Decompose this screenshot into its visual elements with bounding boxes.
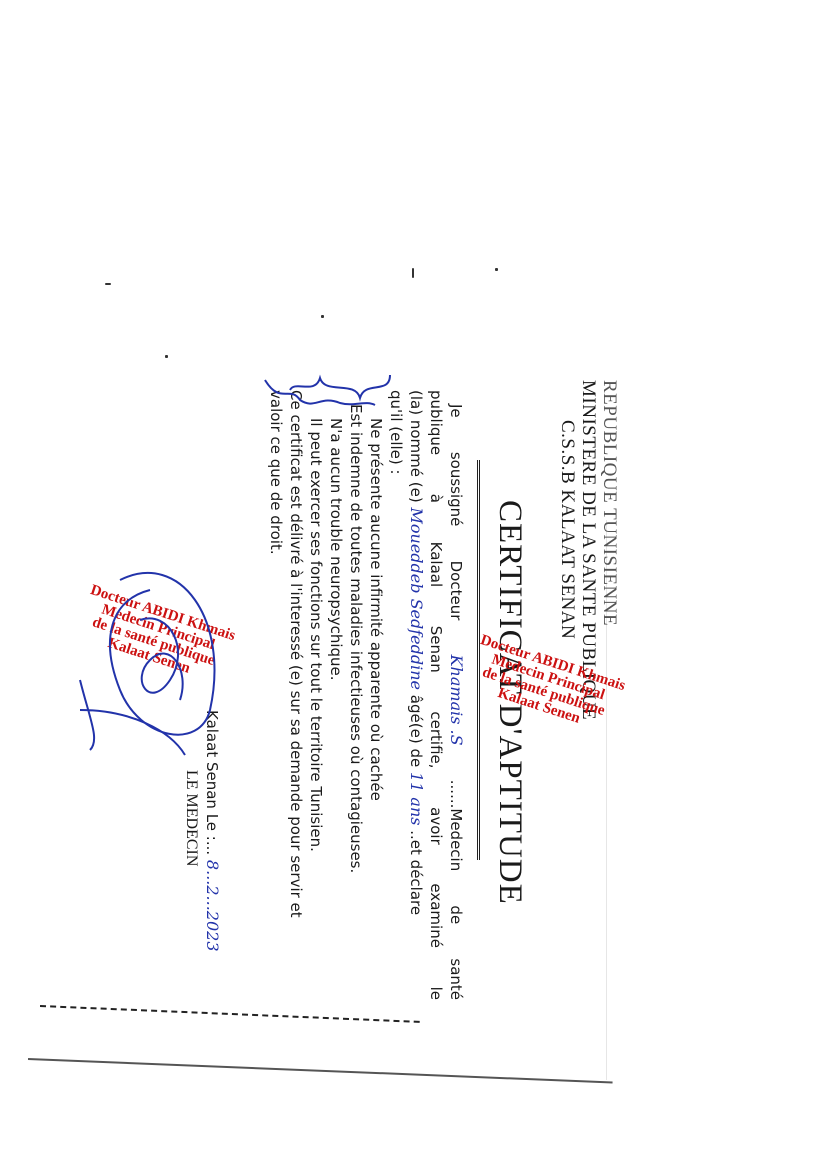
aptitude-item-4: Il peut exercer ses fonctions sur tout l…	[306, 390, 326, 1030]
text: âgé(e) de	[407, 695, 425, 767]
patient-age-handwritten: 11 ans	[407, 772, 426, 826]
aptitude-item-3: N'a aucun trouble neuropsychique.	[326, 390, 346, 1030]
text: ..et déclare	[407, 830, 425, 915]
text: soussigné	[446, 452, 466, 527]
scan-speck	[412, 268, 414, 278]
text: publique	[426, 390, 446, 455]
signature-label: LE MEDECIN	[182, 770, 200, 866]
date-handwritten: 8...2...2023	[203, 860, 222, 952]
body-line-2: publique à Kalaal Senan certifie, avoir …	[426, 390, 446, 1000]
text: nommé	[407, 420, 425, 477]
body-line-1: Je soussigné Docteur Khamais .S ......Me…	[446, 390, 466, 1000]
text: santé	[446, 958, 466, 1000]
patient-name-handwritten: Moueddeb Sedfeddine	[407, 508, 426, 691]
doctor-name-handwritten: Khamais .S	[446, 655, 466, 746]
text: Senan	[426, 626, 446, 673]
body-line-3: (la) nommé (e) Moueddeb Sedfeddine âgé(e…	[406, 390, 426, 1030]
doctor-signature	[60, 560, 280, 760]
text: certifie,	[426, 711, 446, 768]
text: ......Medecin	[446, 780, 466, 871]
text: (e)	[407, 482, 425, 503]
text: de	[446, 905, 466, 924]
scan-speck	[105, 283, 111, 285]
scan-speck	[495, 268, 498, 271]
text: Docteur	[446, 561, 466, 621]
text: (la)	[407, 390, 425, 415]
body-line-4: qu'il (elle) :	[386, 390, 406, 1030]
header-republic: REPUBLIQUE TUNISIENNE	[599, 380, 620, 720]
scan-speck	[321, 315, 324, 318]
text: examiné	[426, 883, 446, 948]
text: Je	[446, 390, 466, 418]
aptitude-item-2: Est indemne de toutes maladies infectieu…	[346, 390, 366, 1030]
text: à	[426, 494, 446, 503]
aptitude-item-1: Ne présente aucune infirmité apparente o…	[366, 390, 386, 1030]
handwritten-scribble	[260, 375, 380, 415]
text: avoir	[426, 807, 446, 845]
text: le	[426, 987, 446, 1000]
certificate-body: Je soussigné Docteur Khamais .S ......Me…	[266, 390, 470, 1030]
scan-speck	[165, 355, 168, 358]
closing-line-1: Ce certificat est délivré à l'interessé …	[286, 390, 306, 1030]
text: Kalaal	[426, 542, 446, 587]
